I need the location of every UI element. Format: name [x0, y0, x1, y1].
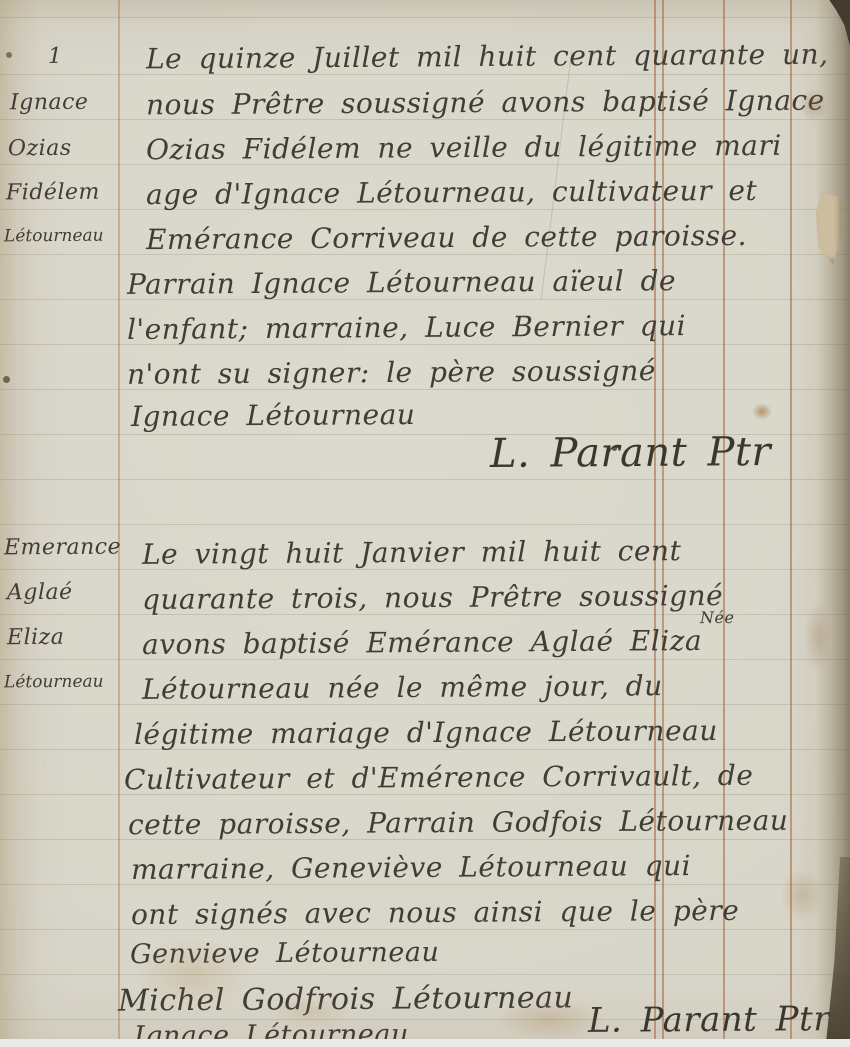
manuscript-page: 1 Ignace Ozias Fidélem Létourneau Le qui… — [0, 0, 850, 1047]
scan-background-strip — [0, 1039, 850, 1047]
entry1-margin-name: Ozias — [8, 136, 72, 161]
entry2-witness-signature: Genvieve Létourneau — [130, 937, 439, 970]
entry2-body-line: cette paroisse, Parrain Godfois Létourne… — [128, 804, 789, 842]
entry1-priest-signature: L. Parant Ptr — [490, 429, 771, 477]
margin-rule — [118, 0, 120, 1047]
column-rule-single-2 — [790, 0, 792, 1047]
entry1-body-line: n'ont su signer: le père soussigné — [127, 354, 656, 391]
entry2-body-line: marraine, Geneviève Létourneau qui — [131, 849, 691, 886]
entry1-body-line: age d'Ignace Létourneau, cultivateur et — [146, 174, 757, 211]
entry1-margin-name: Ignace — [10, 90, 89, 116]
entry1-father-signature: Ignace Létourneau — [131, 398, 416, 433]
entry2-margin-name: Eliza — [7, 625, 65, 650]
entry1-number: 1 — [48, 44, 63, 69]
entry1-body-line: Parrain Ignace Létourneau aïeul de — [127, 264, 676, 301]
entry2-margin-name: Létourneau — [4, 672, 104, 693]
entry2-margin-name: Emerance — [4, 535, 121, 561]
entry2-body-line: quarante trois, nous Prêtre soussigné — [142, 579, 723, 616]
entry2-body-line: ont signés avec nous ainsi que le père — [131, 894, 739, 931]
entry2-body-line: légitime mariage d'Ignace Létourneau — [134, 714, 718, 751]
entry1-body-line: Le quinze Juillet mil huit cent quarante… — [146, 38, 829, 76]
entry2-body-line: avons baptisé Emérance Aglaé Eliza — [142, 624, 702, 661]
entry2-priest-signature: L. Parant Ptr — [588, 999, 830, 1041]
entry1-body-line: nous Prêtre soussigné avons baptisé Igna… — [146, 84, 825, 122]
entry1-margin-name: Létourneau — [4, 226, 104, 247]
entry2-body-line: Le vingt huit Janvier mil huit cent — [142, 534, 681, 571]
entry2-insertion-note: Née — [700, 608, 735, 627]
entry2-margin-name: Aglaé — [7, 580, 73, 605]
entry1-body-line: Ozias Fidélem ne veille du légitime mari — [146, 129, 782, 166]
entry1-body-line: l'enfant; marraine, Luce Bernier qui — [127, 309, 686, 346]
entry1-body-line: Emérance Corriveau de cette paroisse. — [146, 219, 747, 256]
entry2-witness-signature: Michel Godfrois Létourneau — [118, 980, 574, 1018]
entry2-body-line: Cultivateur et d'Emérence Corrivault, de — [124, 759, 754, 796]
entry1-margin-name: Fidélem — [6, 180, 100, 206]
entry2-body-line: Létourneau née le même jour, du — [142, 669, 663, 706]
